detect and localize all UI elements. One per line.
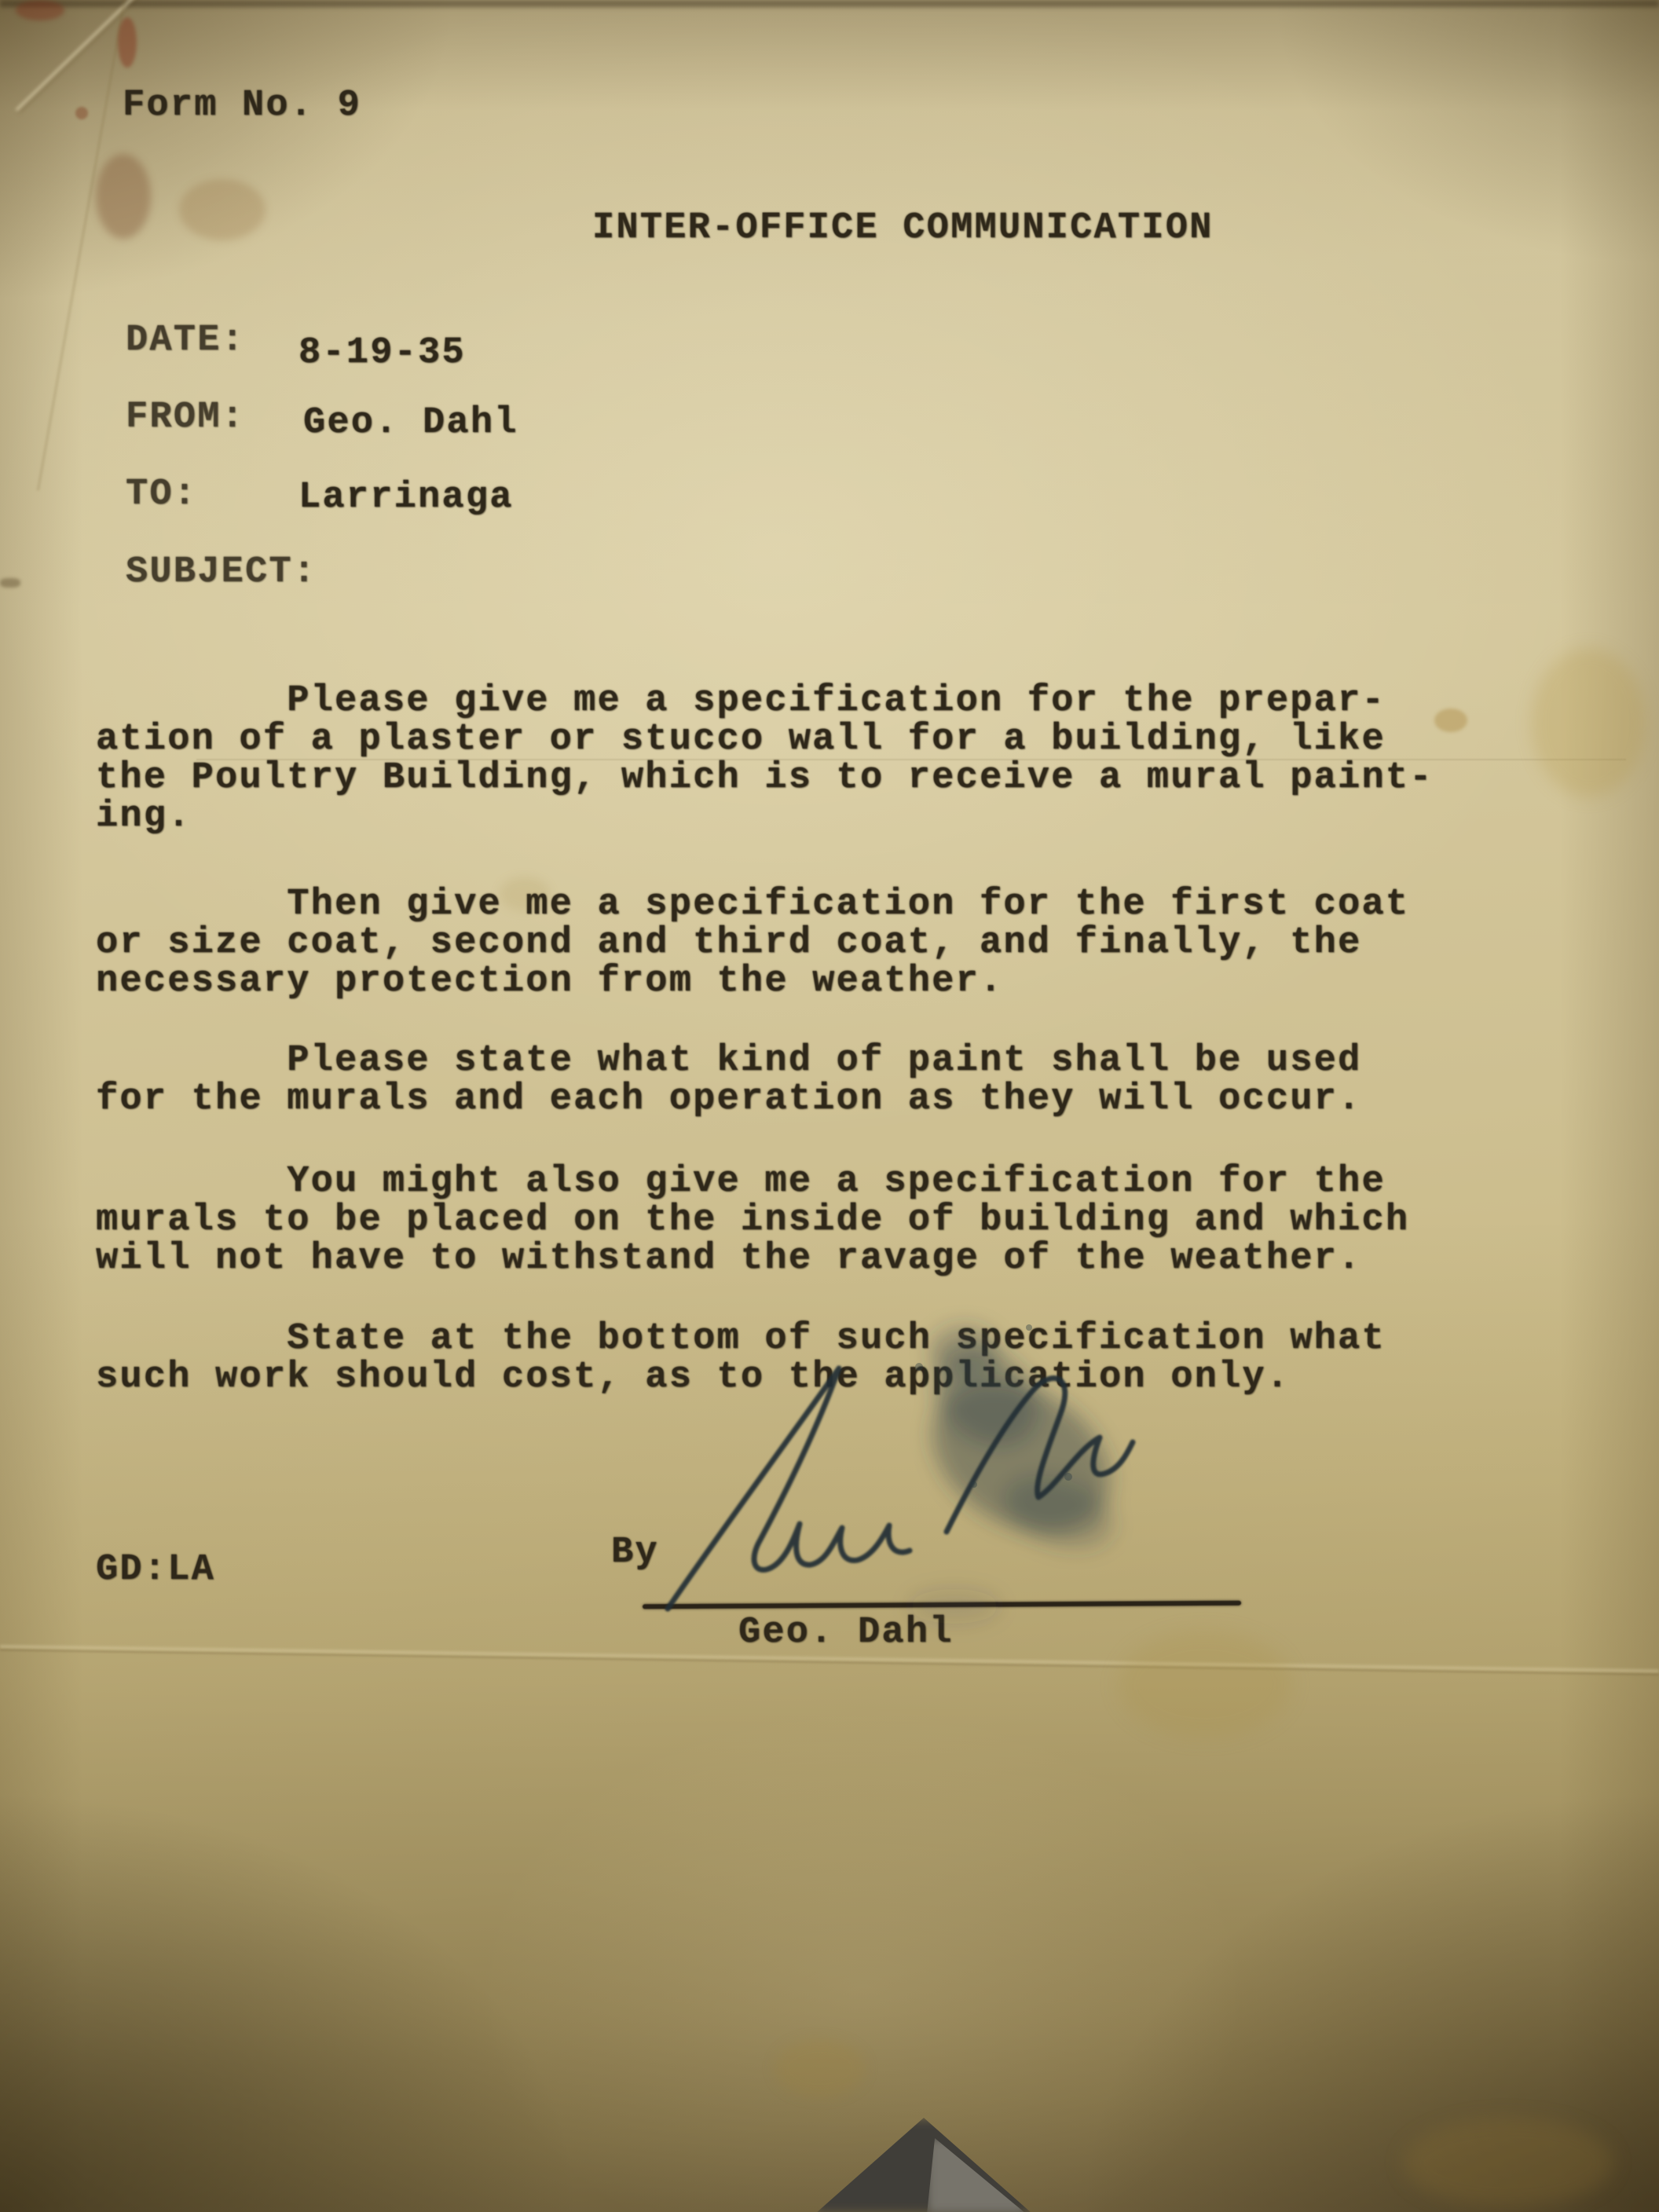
body-paragraph-4: You might also give me a specification f… [96,1163,1409,1278]
reference-initials: GD:LA [96,1551,215,1589]
subject-label: SUBJECT: [126,553,317,591]
form-number: Form No. 9 [123,86,361,125]
to-value: Larrinaga [298,478,514,517]
date-label: DATE: [126,321,245,360]
body-paragraph-3: Please state what kind of paint shall be… [96,1042,1361,1119]
date-value: 8-19-35 [298,334,466,372]
memo-photo: Form No. 9 INTER-OFFICE COMMUNICATION DA… [0,0,1659,2212]
from-label: FROM: [126,398,245,437]
to-label: TO: [126,475,197,514]
body-paragraph-1: Please give me a specification for the p… [96,682,1434,836]
memo-title: INTER-OFFICE COMMUNICATION [592,209,1214,247]
typed-text-layer: Form No. 9 INTER-OFFICE COMMUNICATION DA… [0,0,1659,2212]
from-value: Geo. Dahl [303,404,518,442]
body-paragraph-2: Then give me a specification for the fir… [96,885,1409,1001]
handwritten-signature [550,1280,1257,1657]
